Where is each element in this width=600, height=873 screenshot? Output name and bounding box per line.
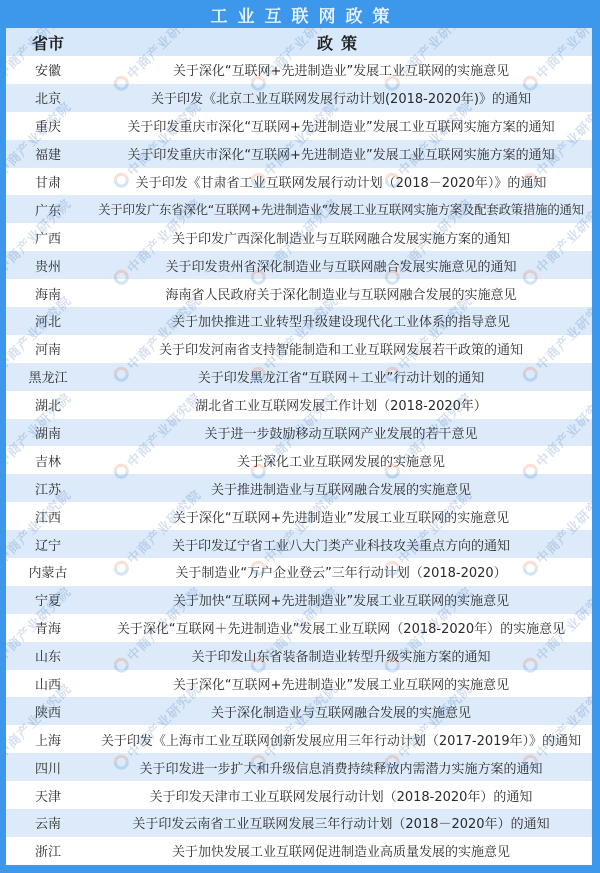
- policy-cell: 关于深化“互联网+先进制造业”发展工业互联网的实施意见: [90, 674, 592, 693]
- table-row: 云南关于印发云南省工业互联网发展三年行动计划（2018－2020年）的通知: [6, 809, 592, 837]
- table-row: 辽宁关于印发辽宁省工业八大门类产业科技攻关重点方向的通知: [6, 530, 592, 558]
- province-cell: 海南: [6, 284, 90, 303]
- table-row: 广东关于印发广东省深化“互联网+先进制造业”发展工业互联网实施方案及配套政策措施…: [6, 195, 592, 223]
- table-row: 青海关于深化“互联网＋先进制造业”发展工业互联网（2018-2020年）的实施意…: [6, 614, 592, 642]
- table-row: 陕西关于深化制造业与互联网融合发展的实施意见: [6, 697, 592, 725]
- province-cell: 湖北: [6, 395, 90, 414]
- province-cell: 甘肃: [6, 172, 90, 191]
- province-cell: 内蒙古: [6, 562, 90, 581]
- policy-cell: 关于深化工业互联网发展的实施意见: [90, 451, 592, 470]
- table-row: 湖南关于进一步鼓励移动互联网产业发展的若干意见: [6, 419, 592, 447]
- province-cell: 广东: [6, 200, 90, 219]
- table-row: 海南海南省人民政府关于深化制造业与互联网融合发展的实施意见: [6, 279, 592, 307]
- policy-cell: 关于推进制造业与互联网融合发展的实施意见: [90, 479, 592, 498]
- province-cell: 福建: [6, 144, 90, 163]
- policy-cell: 关于印发云南省工业互联网发展三年行动计划（2018－2020年）的通知: [90, 813, 592, 832]
- table-row: 重庆关于印发重庆市深化“互联网+先进制造业”发展工业互联网实施方案的通知: [6, 112, 592, 140]
- province-cell: 河南: [6, 339, 90, 358]
- title-bar: 工业互联网政策: [0, 0, 600, 28]
- province-cell: 重庆: [6, 116, 90, 135]
- table-row: 广西关于印发广西深化制造业与互联网融合发展实施方案的通知: [6, 223, 592, 251]
- policy-cell: 关于印发河南省支持智能制造和工业互联网发展若干政策的通知: [90, 339, 592, 358]
- policy-cell: 关于印发天津市工业互联网发展行动计划（2018-2020年）的通知: [90, 786, 592, 805]
- table-row: 天津关于印发天津市工业互联网发展行动计划（2018-2020年）的通知: [6, 781, 592, 809]
- table-row: 江西关于深化“互联网+先进制造业”发展工业互联网的实施意见: [6, 502, 592, 530]
- province-cell: 广西: [6, 228, 90, 247]
- policy-cell: 关于加快“互联网+先进制造业”发展工业互联网的实施意见: [90, 590, 592, 609]
- policy-cell: 关于印发重庆市深化“互联网+先进制造业”发展工业互联网实施方案的通知: [90, 144, 592, 163]
- policy-cell: 关于印发《北京工业互联网发展行动计划(2018-2020年)》的通知: [90, 88, 592, 107]
- table-row: 宁夏关于加快“互联网+先进制造业”发展工业互联网的实施意见: [6, 586, 592, 614]
- policy-cell: 关于印发《甘肃省工业互联网发展行动计划（2018－2020年）》的通知: [90, 172, 592, 191]
- policy-cell: 关于印发进一步扩大和升级信息消费持续释放内需潜力实施方案的通知: [90, 758, 592, 777]
- province-cell: 山东: [6, 646, 90, 665]
- province-cell: 云南: [6, 813, 90, 832]
- policy-cell: 湖北省工业互联网发展工作计划（2018-2020年）: [90, 395, 592, 414]
- policy-cell: 关于印发辽宁省工业八大门类产业科技攻关重点方向的通知: [90, 535, 592, 554]
- province-cell: 山西: [6, 674, 90, 693]
- province-cell: 安徽: [6, 60, 90, 79]
- province-cell: 江苏: [6, 479, 90, 498]
- table-row: 甘肃关于印发《甘肃省工业互联网发展行动计划（2018－2020年）》的通知: [6, 168, 592, 196]
- table-row: 河南关于印发河南省支持智能制造和工业互联网发展若干政策的通知: [6, 335, 592, 363]
- policy-cell: 关于深化“互联网+先进制造业”发展工业互联网的实施意见: [90, 60, 592, 79]
- province-cell: 天津: [6, 786, 90, 805]
- policy-cell: 关于深化制造业与互联网融合发展的实施意见: [90, 702, 592, 721]
- province-cell: 浙江: [6, 841, 90, 860]
- policy-table-frame: 工业互联网政策 省市 政策 安徽关于深化“互联网+先进制造业”发展工业互联网的实…: [0, 0, 600, 873]
- province-cell: 江西: [6, 507, 90, 526]
- policy-table: 省市 政策 安徽关于深化“互联网+先进制造业”发展工业互联网的实施意见 北京关于…: [6, 28, 592, 865]
- page-title: 工业互联网政策: [201, 2, 400, 27]
- province-cell: 陕西: [6, 702, 90, 721]
- column-header-policy: 政策: [90, 31, 592, 54]
- policy-cell: 关于印发广西深化制造业与互联网融合发展实施方案的通知: [90, 228, 592, 247]
- province-cell: 宁夏: [6, 590, 90, 609]
- table-row: 贵州关于印发贵州省深化制造业与互联网融合发展实施意见的通知: [6, 251, 592, 279]
- policy-cell: 关于加快推进工业转型升级建设现代化工业体系的指导意见: [90, 311, 592, 330]
- province-cell: 黑龙江: [6, 367, 90, 386]
- province-cell: 河北: [6, 311, 90, 330]
- table-row: 黑龙江关于印发黑龙江省“互联网＋工业”行动计划的通知: [6, 363, 592, 391]
- table-row: 四川关于印发进一步扩大和升级信息消费持续释放内需潜力实施方案的通知: [6, 753, 592, 781]
- policy-cell: 海南省人民政府关于深化制造业与互联网融合发展的实施意见: [90, 284, 592, 303]
- table-row: 吉林关于深化工业互联网发展的实施意见: [6, 446, 592, 474]
- policy-cell: 关于印发广东省深化“互联网+先进制造业”发展工业互联网实施方案及配套政策措施的通…: [90, 200, 592, 218]
- table-row: 内蒙古关于制造业“万户企业登云”三年行动计划（2018-2020）: [6, 558, 592, 586]
- table-row: 江苏关于推进制造业与互联网融合发展的实施意见: [6, 474, 592, 502]
- policy-cell: 关于制造业“万户企业登云”三年行动计划（2018-2020）: [90, 562, 592, 581]
- province-cell: 湖南: [6, 423, 90, 442]
- policy-cell: 关于进一步鼓励移动互联网产业发展的若干意见: [90, 423, 592, 442]
- province-cell: 辽宁: [6, 535, 90, 554]
- table-row: 湖北湖北省工业互联网发展工作计划（2018-2020年）: [6, 391, 592, 419]
- province-cell: 青海: [6, 618, 90, 637]
- province-cell: 贵州: [6, 256, 90, 275]
- table-row: 福建关于印发重庆市深化“互联网+先进制造业”发展工业互联网实施方案的通知: [6, 140, 592, 168]
- province-cell: 四川: [6, 758, 90, 777]
- province-cell: 吉林: [6, 451, 90, 470]
- table-row: 河北关于加快推进工业转型升级建设现代化工业体系的指导意见: [6, 307, 592, 335]
- column-header-province: 省市: [6, 31, 90, 54]
- table-row: 山西关于深化“互联网+先进制造业”发展工业互联网的实施意见: [6, 670, 592, 698]
- policy-cell: 关于深化“互联网＋先进制造业”发展工业互联网（2018-2020年）的实施意见: [90, 618, 592, 637]
- policy-cell: 关于印发黑龙江省“互联网＋工业”行动计划的通知: [90, 367, 592, 386]
- policy-cell: 关于加快发展工业互联网促进制造业高质量发展的实施意见: [90, 841, 592, 860]
- policy-cell: 关于印发贵州省深化制造业与互联网融合发展实施意见的通知: [90, 256, 592, 275]
- policy-cell: 关于印发《上海市工业互联网创新发展应用三年行动计划（2017-2019年）》的通…: [90, 730, 592, 749]
- table-row: 北京关于印发《北京工业互联网发展行动计划(2018-2020年)》的通知: [6, 84, 592, 112]
- province-cell: 上海: [6, 730, 90, 749]
- table-header-row: 省市 政策: [6, 28, 592, 56]
- policy-cell: 关于印发山东省装备制造业转型升级实施方案的通知: [90, 646, 592, 665]
- policy-cell: 关于印发重庆市深化“互联网+先进制造业”发展工业互联网实施方案的通知: [90, 116, 592, 135]
- table-row: 上海关于印发《上海市工业互联网创新发展应用三年行动计划（2017-2019年）》…: [6, 725, 592, 753]
- province-cell: 北京: [6, 88, 90, 107]
- table-row: 浙江关于加快发展工业互联网促进制造业高质量发展的实施意见: [6, 837, 592, 865]
- table-row: 安徽关于深化“互联网+先进制造业”发展工业互联网的实施意见: [6, 56, 592, 84]
- policy-cell: 关于深化“互联网+先进制造业”发展工业互联网的实施意见: [90, 507, 592, 526]
- table-row: 山东关于印发山东省装备制造业转型升级实施方案的通知: [6, 642, 592, 670]
